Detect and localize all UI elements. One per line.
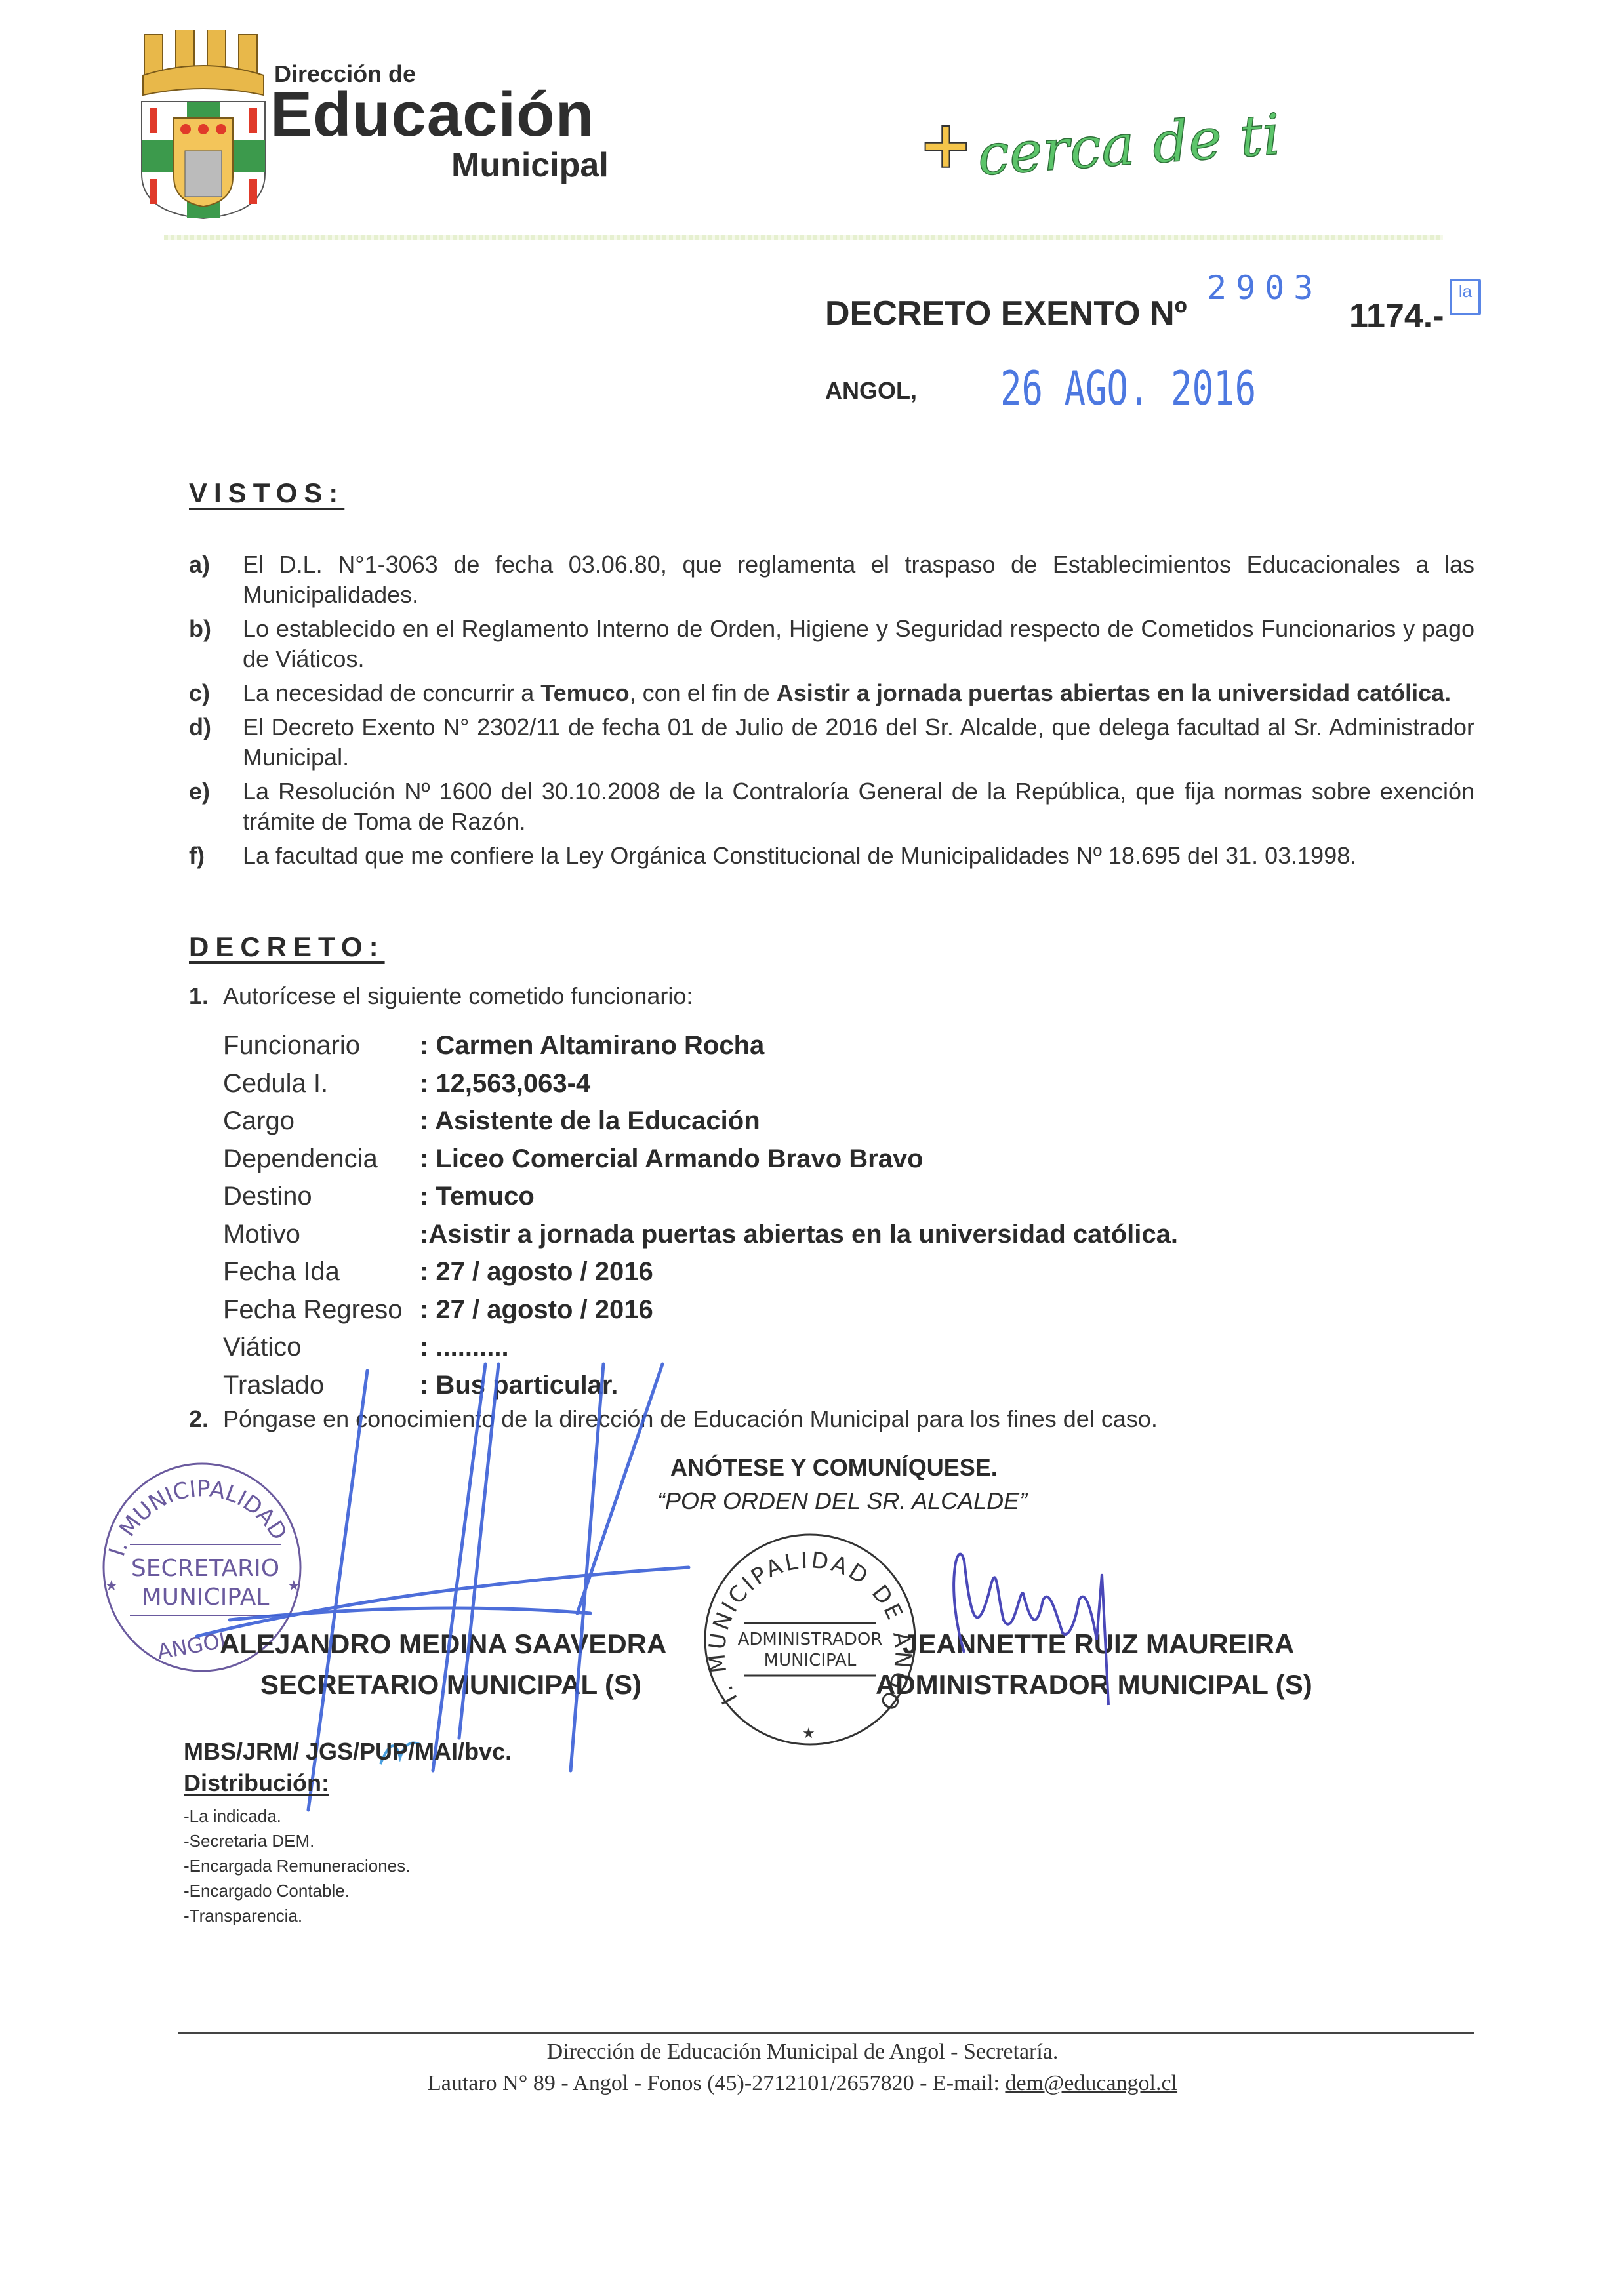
decree-point-2: 2. Póngase en conocimiento de la direcci… xyxy=(189,1404,1474,1434)
svg-text:+: + xyxy=(918,106,973,183)
field-value: : Bus particular. xyxy=(420,1371,618,1400)
field-value: : Temuco xyxy=(420,1182,535,1211)
svg-text:★: ★ xyxy=(105,1577,118,1594)
item-letter: e) xyxy=(189,776,243,837)
field-label: Cargo xyxy=(223,1106,420,1136)
signatory-2-role: ADMINISTRADOR MUNICIPAL (S) xyxy=(876,1669,1312,1701)
item-text: La Resolución Nº 1600 del 30.10.2008 de … xyxy=(243,776,1474,837)
item-text: La necesidad de concurrir a Temuco, con … xyxy=(243,678,1474,708)
distribution-item: -Encargado Contable. xyxy=(184,1878,410,1903)
vistos-item: f) La facultad que me confiere la Ley Or… xyxy=(189,841,1474,871)
distribution-item: -Encargada Remuneraciones. xyxy=(184,1853,410,1878)
signatory-2-name: JEANNETTE RUIZ MAUREIRA xyxy=(903,1628,1294,1660)
field-label: Cedula I. xyxy=(223,1069,420,1098)
item-letter: b) xyxy=(189,614,243,674)
item-text: El Decreto Exento N° 2302/11 de fecha 01… xyxy=(243,712,1474,773)
administrador-municipal-stamp: I. MUNICIPALIDAD DE ANGOL ADMINISTRADOR … xyxy=(699,1528,922,1751)
decree-point-1: 1. Autorícese el siguiente cometido func… xyxy=(189,981,1474,1011)
distribution-item: -Secretaria DEM. xyxy=(184,1828,410,1853)
municipal-crest-logo xyxy=(138,30,269,220)
field-label: Destino xyxy=(223,1182,420,1211)
field-row: Cargo: Asistente de la Educación xyxy=(223,1102,1474,1140)
email-link[interactable]: dem@educangol.cl xyxy=(1005,2071,1177,2095)
item-text: La facultad que me confiere la Ley Orgán… xyxy=(243,841,1474,871)
decree-number: 1174.- xyxy=(1349,296,1444,336)
item-letter: c) xyxy=(189,678,243,708)
initial-stamp-mark: la xyxy=(1450,279,1481,315)
field-label: Fecha Regreso xyxy=(223,1295,420,1325)
vistos-item: b) Lo establecido en el Reglamento Inter… xyxy=(189,614,1474,674)
svg-text:★: ★ xyxy=(802,1725,815,1741)
field-row: Fecha Regreso: 27 / agosto / 2016 xyxy=(223,1291,1474,1329)
item-letter: f) xyxy=(189,841,243,871)
field-row: Motivo:Asistir a jornada puertas abierta… xyxy=(223,1216,1474,1254)
destination-bold: Temuco xyxy=(540,679,629,706)
header-divider xyxy=(164,235,1443,240)
footer-contact: Lautaro N° 89 - Angol - Fonos (45)-27121… xyxy=(0,2071,1605,2096)
field-value: : Liceo Comercial Armando Bravo Bravo xyxy=(420,1144,924,1174)
field-row: Cedula I.: 12,563,063-4 xyxy=(223,1065,1474,1103)
field-value: : 12,563,063-4 xyxy=(420,1069,590,1098)
por-orden-closing: “POR ORDEN DEL SR. ALCALDE” xyxy=(657,1487,1027,1515)
item-letter: d) xyxy=(189,712,243,773)
item-text: El D.L. N°1-3063 de fecha 03.06.80, que … xyxy=(243,550,1474,610)
commission-fields: Funcionario: Carmen Altamirano RochaCedu… xyxy=(223,1027,1474,1404)
field-row: Fecha Ida: 27 / agosto / 2016 xyxy=(223,1253,1474,1291)
distribution-item: -Transparencia. xyxy=(184,1903,410,1928)
svg-text:ADMINISTRADOR: ADMINISTRADOR xyxy=(738,1630,883,1649)
field-value: : 27 / agosto / 2016 xyxy=(420,1295,653,1325)
field-label: Traslado xyxy=(223,1371,420,1400)
field-row: Traslado: Bus particular. xyxy=(223,1367,1474,1405)
vistos-item: d) El Decreto Exento N° 2302/11 de fecha… xyxy=(189,712,1474,773)
field-value: : 27 / agosto / 2016 xyxy=(420,1257,653,1287)
vistos-item: c) La necesidad de concurrir a Temuco, c… xyxy=(189,678,1474,708)
anotese-closing: ANÓTESE Y COMUNÍQUESE. xyxy=(670,1454,998,1481)
field-row: Viático: .......... xyxy=(223,1329,1474,1367)
purpose-bold: Asistir a jornada puertas abiertas en la… xyxy=(777,679,1451,706)
footer-office: Dirección de Educación Municipal de Ango… xyxy=(0,2040,1605,2064)
reference-initials: MBS/JRM/ JGS/PUP/MAI/bvc. xyxy=(184,1738,512,1765)
field-label: Motivo xyxy=(223,1220,420,1249)
item-text: Lo establecido en el Reglamento Interno … xyxy=(243,614,1474,674)
svg-text:MUNICIPAL: MUNICIPAL xyxy=(142,1584,270,1611)
brand-line-3: Municipal xyxy=(451,146,609,185)
field-row: Funcionario: Carmen Altamirano Rocha xyxy=(223,1027,1474,1065)
slogan-logo: + cerca de ti xyxy=(918,105,1325,184)
field-label: Dependencia xyxy=(223,1144,420,1174)
field-row: Dependencia: Liceo Comercial Armando Bra… xyxy=(223,1140,1474,1178)
field-value: :Asistir a jornada puertas abiertas en l… xyxy=(420,1220,1178,1249)
decreto-body: 1. Autorícese el siguiente cometido func… xyxy=(189,981,1474,1434)
field-value: : Asistente de la Educación xyxy=(420,1106,760,1136)
signatory-1-role: SECRETARIO MUNICIPAL (S) xyxy=(260,1669,641,1701)
distribution-heading: Distribución: xyxy=(184,1769,329,1797)
vistos-heading: VISTOS: xyxy=(189,477,344,509)
decree-stamp-number: 2903 xyxy=(1207,269,1322,307)
svg-text:MUNICIPAL: MUNICIPAL xyxy=(764,1651,857,1670)
place-label: ANGOL, xyxy=(825,377,917,405)
decreto-heading: DECRETO: xyxy=(189,931,385,963)
decree-title: DECRETO EXENTO Nº xyxy=(825,294,1187,333)
footer-divider xyxy=(178,2032,1474,2034)
vistos-list: a) El D.L. N°1-3063 de fecha 03.06.80, q… xyxy=(189,550,1474,875)
svg-text:cerca de ti: cerca de ti xyxy=(975,105,1282,184)
svg-text:I. MUNICIPALIDAD: I. MUNICIPALIDAD xyxy=(104,1476,292,1559)
vistos-item: a) El D.L. N°1-3063 de fecha 03.06.80, q… xyxy=(189,550,1474,610)
field-label: Fecha Ida xyxy=(223,1257,420,1287)
field-value: : Carmen Altamirano Rocha xyxy=(420,1031,764,1060)
field-value: : .......... xyxy=(420,1333,509,1362)
signatory-1-name: ALEJANDRO MEDINA SAAVEDRA xyxy=(220,1628,666,1660)
date-stamp: 26 AGO. 2016 xyxy=(1000,361,1256,416)
distribution-item: -La indicada. xyxy=(184,1803,410,1828)
distribution-list: -La indicada. -Secretaria DEM. -Encargad… xyxy=(184,1803,410,1928)
field-row: Destino: Temuco xyxy=(223,1178,1474,1216)
item-letter: a) xyxy=(189,550,243,610)
field-label: Funcionario xyxy=(223,1031,420,1060)
brand-line-2: Educación xyxy=(270,79,594,151)
svg-text:★: ★ xyxy=(287,1577,300,1594)
vistos-item: e) La Resolución Nº 1600 del 30.10.2008 … xyxy=(189,776,1474,837)
field-label: Viático xyxy=(223,1333,420,1362)
svg-text:SECRETARIO: SECRETARIO xyxy=(131,1555,279,1582)
